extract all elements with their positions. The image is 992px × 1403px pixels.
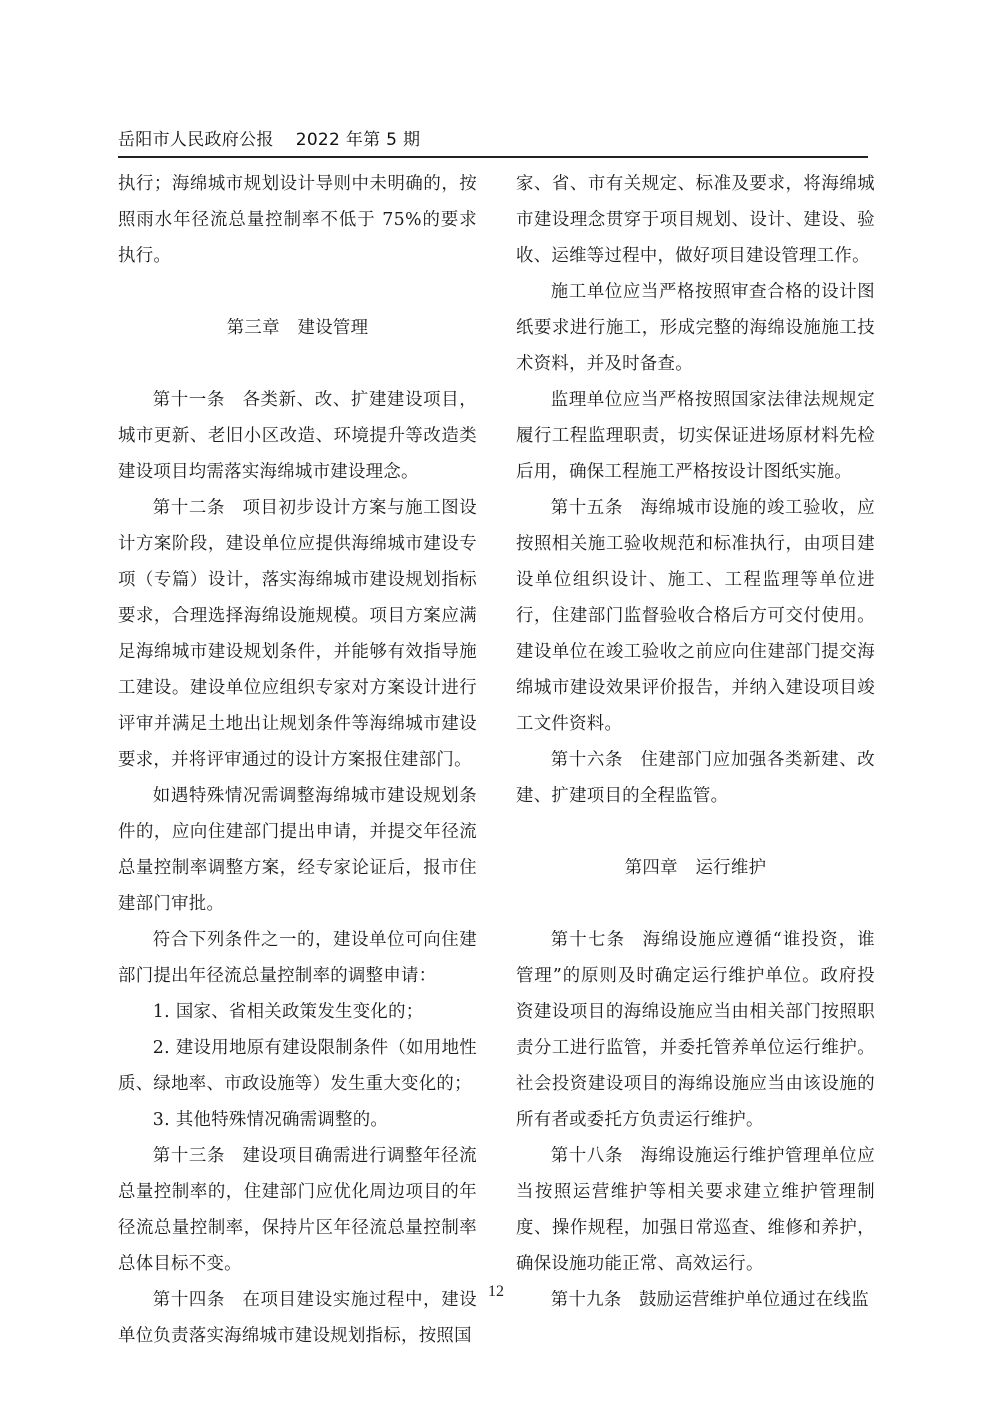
article-label: 第十一条 bbox=[153, 390, 225, 410]
paragraph: 施工单位应当严格按照审查合格的设计图纸要求进行施工，形成完整的海绵设施施工技术资… bbox=[516, 274, 875, 382]
paragraph: 家、省、市有关规定、标准及要求，将海绵城市建设理念贯穿于项目规划、设计、建设、验… bbox=[516, 166, 875, 274]
left-column: 执行；海绵城市规划设计导则中未明确的，按照雨水年径流总量控制率不低于 75%的要… bbox=[118, 166, 477, 1354]
paragraph: 符合下列条件之一的，建设单位可向住建部门提出年径流总量控制率的调整申请： bbox=[118, 922, 477, 994]
article-16: 第十六条住建部门应加强各类新建、改建、扩建项目的全程监管。 bbox=[516, 742, 875, 814]
paragraph: 如遇特殊情况需调整海绵城市建设规划条件的，应向住建部门提出申请，并提交年径流总量… bbox=[118, 778, 477, 922]
list-item: 1. 国家、省相关政策发生变化的； bbox=[118, 994, 477, 1030]
article-17: 第十七条海绵设施应遵循“谁投资，谁管理”的原则及时确定运行维护单位。政府投资建设… bbox=[516, 922, 875, 1138]
chapter-heading: 第三章 建设管理 bbox=[118, 310, 477, 346]
article-13: 第十三条建设项目确需进行调整年径流总量控制率的，住建部门应优化周边项目的年径流总… bbox=[118, 1138, 477, 1282]
article-label: 第十三条 bbox=[153, 1146, 225, 1166]
paragraph: 监理单位应当严格按照国家法律法规规定履行工程监理职责，切实保证进场原材料先检后用… bbox=[516, 382, 875, 490]
article-label: 第十五条 bbox=[551, 498, 623, 518]
publication-title: 岳阳市人民政府公报 bbox=[118, 130, 274, 150]
list-item: 2. 建设用地原有建设限制条件（如用地性质、绿地率、市政设施等）发生重大变化的； bbox=[118, 1030, 477, 1102]
article-label: 第十八条 bbox=[551, 1146, 623, 1166]
running-header: 岳阳市人民政府公报2022 年第 5 期 bbox=[118, 128, 868, 157]
page-number: 12 bbox=[0, 1283, 992, 1301]
header-rule bbox=[118, 156, 868, 158]
chapter-heading: 第四章 运行维护 bbox=[516, 850, 875, 886]
article-label: 第十二条 bbox=[153, 498, 225, 518]
issue-label: 2022 年第 5 期 bbox=[296, 130, 421, 150]
paragraph: 执行；海绵城市规划设计导则中未明确的，按照雨水年径流总量控制率不低于 75%的要… bbox=[118, 166, 477, 274]
article-15: 第十五条海绵城市设施的竣工验收，应按照相关施工验收规范和标准执行，由项目建设单位… bbox=[516, 490, 875, 742]
right-column: 家、省、市有关规定、标准及要求，将海绵城市建设理念贯穿于项目规划、设计、建设、验… bbox=[516, 166, 875, 1318]
article-18: 第十八条海绵设施运行维护管理单位应当按照运营维护等相关要求建立维护管理制度、操作… bbox=[516, 1138, 875, 1282]
list-item: 3. 其他特殊情况确需调整的。 bbox=[118, 1102, 477, 1138]
article-11: 第十一条各类新、改、扩建建设项目，城市更新、老旧小区改造、环境提升等改造类建设项… bbox=[118, 382, 477, 490]
article-12: 第十二条项目初步设计方案与施工图设计方案阶段，建设单位应提供海绵城市建设专项（专… bbox=[118, 490, 477, 778]
article-label: 第十六条 bbox=[551, 750, 623, 770]
article-label: 第十七条 bbox=[551, 930, 625, 950]
